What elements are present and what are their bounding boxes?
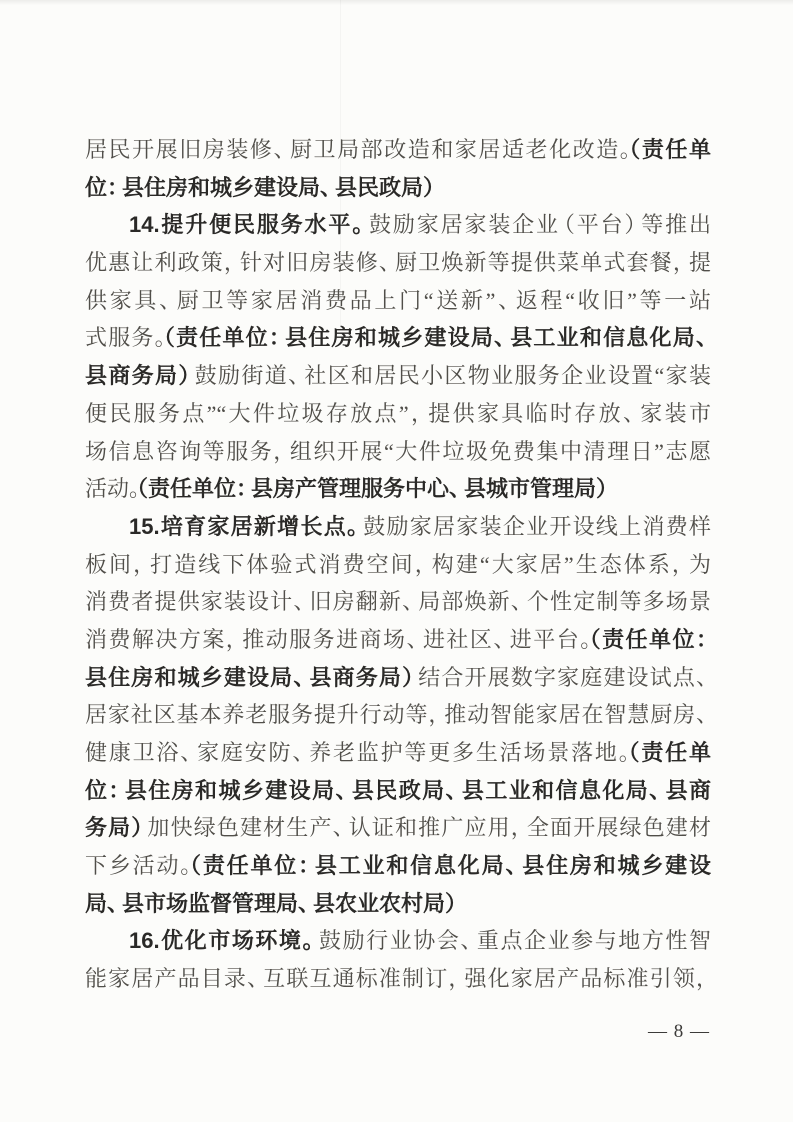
punctuation: ： [107,175,129,200]
bold-text-segment: 县住房和城乡建设局、县商务局） [85,665,418,690]
text-segment: 居家社区基本养老服务提升行动等，推动智能家居在智慧厨房、 [85,702,711,727]
punctuation: ： [108,778,131,803]
text-line: 居民开展旧房装修、厨卫局部改造和家居适老化改造。（责任单 [85,131,711,169]
text-segment: 结合开展数字家庭建设试点、 [418,665,711,690]
bold-text-segment: （责任单位：县工业和信息化局、县住房和城乡建设 [197,853,711,878]
text-segment: 能家居产品目录、互联互通标准制订，强化家居产品标准引领， [85,966,711,991]
punctuation: ， [511,815,534,840]
punctuation: ， [696,966,718,991]
punctuation: ， [273,439,297,464]
bold-text-segment: （责任单位：县房产管理服务中心、县城市管理局） [144,476,611,501]
text-line: 供家具、厨卫等家居消费品上门“送新”、返程“收旧”等一站 [85,282,711,320]
punctuation: 、 [333,815,356,840]
punctuation: ： [269,325,292,350]
punctuation: ） [423,175,445,200]
punctuation: ， [415,552,439,577]
text-segment: 优惠让利政策，针对旧房装修、厨卫焕新等提供菜单式套餐，提 [85,250,711,275]
punctuation: ） [445,891,467,916]
punctuation: ， [672,552,696,577]
text-segment: 消费解决方案，推动服务进商场、进社区、进平台。 [85,627,597,652]
punctuation: 、 [696,325,718,350]
text-line: 下乡活动。（责任单位：县工业和信息化局、县住房和城乡建设 [85,847,711,885]
text-line: 县商务局）鼓励街道、社区和居民小区物业服务企业设置“家装 [85,357,711,395]
punctuation: （ [553,212,577,237]
text-line: 务局）加快绿色建材生产、认证和推广应用，全面开展绿色建材 [85,809,711,847]
bold-text-segment: 县商务局） [85,363,195,388]
text-segment: 加快绿色建材生产、认证和推广应用，全面开展绿色建材 [147,815,711,840]
punctuation: 、 [407,627,430,652]
text-line: 式服务。（责任单位：县住房和城乡建设局、县工业和信息化局、 [85,319,711,357]
text-line: 15.培育家居新增长点。鼓励家居家装企业开设线上消费样 [85,508,711,546]
punctuation: ， [409,401,436,426]
punctuation: 、 [335,778,358,803]
punctuation: ， [673,250,696,275]
text-line: 活动。（责任单位：县房产管理服务中心、县城市管理局） [85,470,711,508]
punctuation: 、 [623,401,647,426]
punctuation: （ [629,137,642,162]
punctuation: 、 [298,891,320,916]
punctuation: （ [137,476,148,501]
punctuation: 、 [247,966,270,991]
text-line: 消费者提供家装设计、旧房翻新、局部焕新、个性定制等多场景 [85,583,711,621]
punctuation: （ [190,853,203,878]
text-segment: 便民服务点”“大件垃圾存放点”，提供家具临时存放、家装市 [85,401,711,426]
punctuation: 、 [180,740,204,765]
text-line: 优惠让利政策，针对旧房装修、厨卫焕新等提供菜单式套餐，提 [85,244,711,282]
punctuation: 、 [402,589,425,614]
punctuation: 、 [288,363,311,388]
bold-text-segment: （责任单位：县住房和城乡建设局、县工业和信息化局、 [171,325,711,350]
text-line: 16.优化市场环境。鼓励行业协会、重点企业参与地方性智 [85,922,711,960]
bold-text-segment: （责任单 [636,740,711,765]
text-line: 消费解决方案，推动服务进商场、进社区、进平台。（责任单位： [85,621,711,659]
punctuation: ， [428,702,451,727]
punctuation: ， [226,627,249,652]
page-number: — 8 — [648,1020,710,1044]
text-segment: 活动。 [85,476,144,501]
document-body: 居民开展旧房装修、厨卫局部改造和家居适老化改造。（责任单位：县住房和城乡建设局、… [85,131,711,998]
text-line: 位：县住房和城乡建设局、县民政局） [85,169,711,207]
text-line: 能家居产品目录、互联互通标准制订，强化家居产品标准引领， [85,960,711,998]
bold-text-segment: 务局） [85,815,147,840]
punctuation: 、 [446,778,469,803]
text-line: 便民服务点”“大件垃圾存放点”，提供家具临时存放、家装市 [85,395,711,433]
punctuation: ） [624,212,648,237]
bold-text-segment: （责任单 [636,137,711,162]
text-segment: 鼓励行业协会、重点企业参与地方性智 [319,928,711,953]
bold-text-segment: 16.优化市场环境。 [129,928,319,953]
punctuation: 、 [159,288,184,313]
bold-text-segment: 位：县住房和城乡建设局、县民政局、县工业和信息化局、县商 [85,778,711,803]
bold-text-segment: （责任单位： [597,627,711,652]
punctuation: 、 [293,589,316,614]
bold-text-segment: 局、县市场监督管理局、县农业农村局） [85,891,460,916]
text-line: 14.提升便民服务水平。鼓励家居家装企业（平台）等推出 [85,206,711,244]
text-segment: 消费者提供家装设计、旧房翻新、局部焕新、个性定制等多场景 [85,589,711,614]
text-segment: 式服务。 [85,325,171,350]
text-line: 位：县住房和城乡建设局、县民政局、县工业和信息化局、县商 [85,772,711,810]
punctuation: 、 [494,325,517,350]
punctuation: 、 [320,175,342,200]
punctuation: 、 [379,250,402,275]
scanned-document-page: 居民开展旧房装修、厨卫局部改造和家居适老化改造。（责任单位：县住房和城乡建设局、… [0,0,793,1122]
text-segment: 板间，打造线下体验式消费空间，构建“大家居”生态体系，为 [85,552,711,577]
punctuation: ， [224,250,247,275]
punctuation: 、 [495,288,522,313]
text-segment: 场信息咨询等服务，组织开展“大件垃圾免费集中清理日”志愿 [85,439,711,464]
punctuation: 、 [511,589,534,614]
bold-text-segment: 14.提升便民服务水平。 [129,212,369,237]
text-line: 居家社区基本养老服务提升行动等，推动智能家居在智慧厨房、 [85,696,711,734]
punctuation: 、 [505,853,529,878]
punctuation: ， [133,552,157,577]
punctuation: ） [596,476,618,501]
punctuation: 、 [273,137,297,162]
punctuation: 、 [460,928,484,953]
punctuation: ， [448,966,471,991]
punctuation: 、 [696,702,718,727]
text-line: 局、县市场监督管理局、县农业农村局） [85,885,711,923]
punctuation: 、 [649,778,672,803]
text-segment: 鼓励家居家装企业开设线上消费样 [363,514,711,539]
punctuation: 、 [696,665,718,690]
punctuation: ： [696,627,718,652]
punctuation: 、 [493,627,516,652]
text-segment: 鼓励家居家装企业（平台）等推出 [369,212,711,237]
text-line: 县住房和城乡建设局、县商务局）结合开展数字家庭建设试点、 [85,659,711,697]
text-segment: 供家具、厨卫等家居消费品上门“送新”、返程“收旧”等一站 [85,288,711,313]
bold-text-segment: 15.培育家居新增长点。 [129,514,363,539]
text-line: 板间，打造线下体验式消费空间，构建“大家居”生态体系，为 [85,546,711,584]
text-segment: 居民开展旧房装修、厨卫局部改造和家居适老化改造。 [85,137,636,162]
text-segment: 下乡活动。 [85,853,197,878]
bold-text-segment: 位：县住房和城乡建设局、县民政局） [85,175,438,200]
punctuation: （ [164,325,176,350]
punctuation: ： [298,853,322,878]
punctuation: （ [628,740,641,765]
punctuation: 、 [107,891,129,916]
punctuation: ： [236,476,258,501]
text-line: 健康卫浴、家庭安防、养老监护等更多生活场景落地。（责任单 [85,734,711,772]
punctuation: 、 [449,476,471,501]
text-line: 场信息咨询等服务，组织开展“大件垃圾免费集中清理日”志愿 [85,433,711,471]
text-segment: 鼓励街道、社区和居民小区物业服务企业设置“家装 [195,363,711,388]
punctuation: （ [590,627,602,652]
punctuation: 、 [293,665,316,690]
punctuation: 、 [292,740,316,765]
text-segment: 健康卫浴、家庭安防、养老监护等更多生活场景落地。 [85,740,636,765]
